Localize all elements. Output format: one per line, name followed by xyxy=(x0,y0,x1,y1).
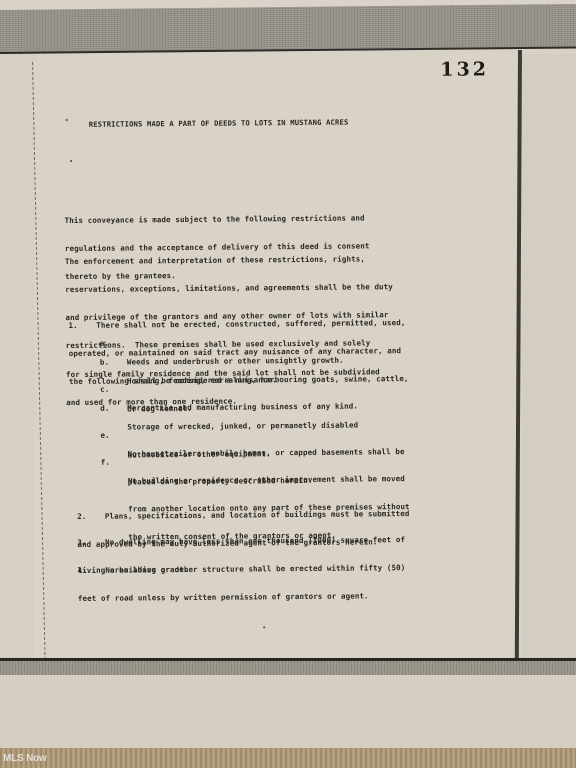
text-line: feet of road unless by written permissio… xyxy=(78,591,406,603)
speck xyxy=(66,119,68,121)
clause-4: 4. No building or other structure shall … xyxy=(77,544,405,622)
nuisance-item-f: f. No building or residence or other imp… xyxy=(101,458,120,496)
item-label: a. xyxy=(100,339,109,348)
watermark-logo: MLS Now xyxy=(3,753,47,764)
page-number: 132 xyxy=(440,58,489,80)
document-content: 132 RESTRICTIONS MADE A PART OF DEEDS TO… xyxy=(0,0,576,768)
text-line: The enforcement and interpretation of th… xyxy=(65,254,393,266)
text-line: This conveyance is made subject to the f… xyxy=(65,213,370,225)
item-label: c. xyxy=(100,385,109,394)
text-line: 4. No building or other structure shall … xyxy=(78,563,406,575)
text-line: reservations, exceptions, limitations, a… xyxy=(65,282,393,294)
document-title: RESTRICTIONS MADE A PART OF DEEDS TO LOT… xyxy=(89,118,349,129)
item-label: b. xyxy=(100,358,109,367)
item-label: f. xyxy=(101,458,110,467)
speck xyxy=(263,626,265,628)
item-label: d. xyxy=(100,404,109,413)
item-label: e. xyxy=(100,431,109,440)
speck xyxy=(70,160,72,162)
text-line: 1. There shall not be erected, construct… xyxy=(68,318,405,330)
text-line: No building or residence or other improv… xyxy=(128,474,410,486)
